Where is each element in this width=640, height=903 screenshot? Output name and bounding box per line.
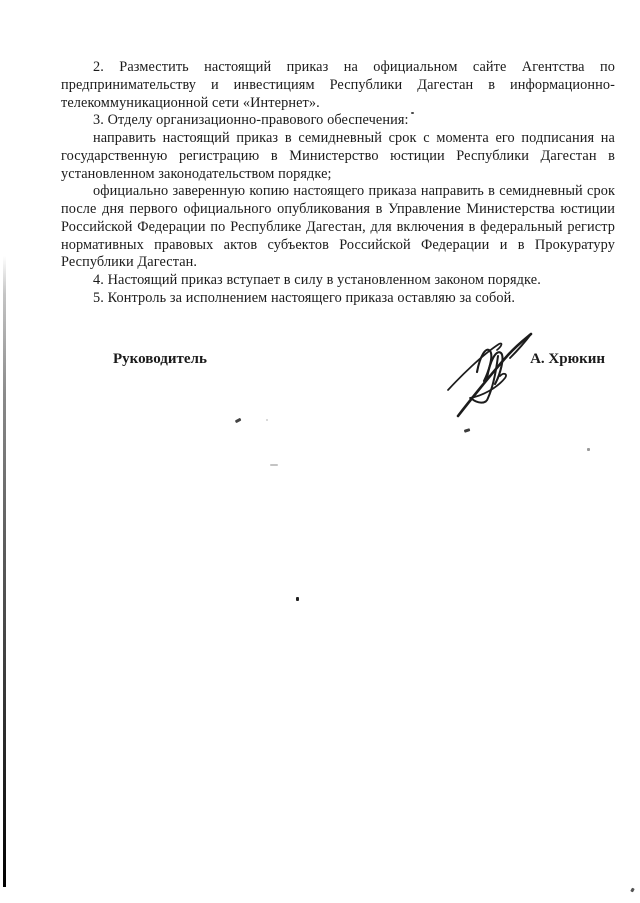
scan-speck <box>266 419 268 421</box>
scan-speck <box>630 888 635 893</box>
scan-speck <box>296 597 299 601</box>
document-page: 2. Разместить настоящий приказ на официа… <box>0 0 640 903</box>
paragraph-subitem-registration: направить настоящий приказ в семидневный… <box>61 130 615 183</box>
handwritten-signature <box>420 315 550 445</box>
scan-speck <box>411 112 414 114</box>
scan-edge-artifact <box>3 256 6 887</box>
scan-speck <box>235 418 241 423</box>
document-body-text: 2. Разместить настоящий приказ на официа… <box>61 59 615 308</box>
signatory-title: Руководитель <box>113 351 207 368</box>
paragraph-item-5: 5. Контроль за исполнением настоящего пр… <box>61 290 615 308</box>
scan-speck <box>587 448 590 451</box>
paragraph-item-3: 3. Отделу организационно-правового обесп… <box>61 112 615 130</box>
scan-speck <box>270 464 278 466</box>
paragraph-item-2: 2. Разместить настоящий приказ на официа… <box>61 59 615 112</box>
signature-stroke-tip <box>510 334 531 358</box>
paragraph-item-4: 4. Настоящий приказ вступает в силу в ус… <box>61 272 615 290</box>
paragraph-subitem-certified-copy: официально заверенную копию настоящего п… <box>61 183 615 272</box>
